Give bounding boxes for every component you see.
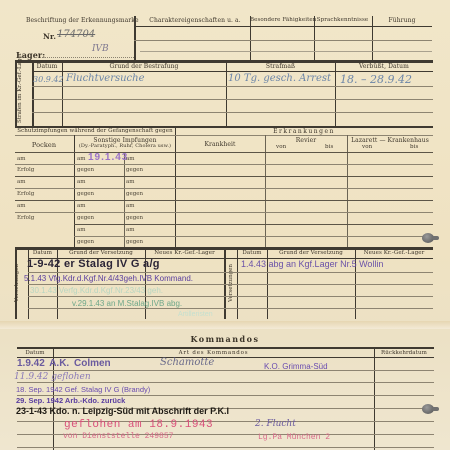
impf-r4-c0: am: [17, 203, 26, 209]
komm-col-rueckkehr: Rückkehrdatum: [374, 350, 434, 356]
col-revier: Revier: [265, 137, 347, 144]
versetzungen-side-label-right: Versetzungen: [228, 263, 234, 303]
impf-r3-c1: gegen: [77, 191, 94, 197]
rule: [32, 99, 433, 100]
vers-entry-2: 30.1.43 Verfg.Kdr.d.Kgf.Nr.23/43 geh.: [30, 286, 163, 295]
col-grund: Grund der Bestrafung: [62, 63, 226, 70]
nr-label: Nr.: [43, 32, 56, 41]
col-fuehrung: Führung: [372, 17, 432, 24]
vers-col-datum-right: Datum: [237, 250, 267, 256]
rule: [134, 26, 432, 27]
rule: [17, 347, 434, 349]
strafe-datum: 30.9.42: [33, 75, 64, 84]
komm-entry-8: 2. Flucht: [255, 419, 296, 429]
impf-r5-c2: gegen: [126, 215, 143, 221]
col-charakter: Charaktereigenschaften u. a.: [140, 17, 250, 24]
vers-entry-0: 1-9-42 er Stalag IV G a/g: [27, 258, 160, 270]
divider: [134, 16, 136, 60]
rule: [28, 272, 433, 273]
erkrankungen-title: Erkrankungen: [175, 128, 433, 135]
rule: [15, 212, 433, 213]
strafen-side-label: Strafen im Kr.-Gef.-Lager: [17, 63, 23, 123]
impf-r1-c2: gegen: [126, 167, 143, 173]
rule: [28, 284, 433, 285]
lager-value: IVB: [92, 44, 109, 54]
rule: [15, 188, 433, 189]
rule: [32, 112, 433, 113]
binder-pin-bottom-tail: [432, 407, 439, 411]
impfungen-title: Schutzimpfungen während der Gefangenscha…: [15, 128, 175, 134]
impf-r4-c2: am: [126, 203, 135, 209]
impf-r3-c2: gegen: [126, 191, 143, 197]
impf-r2-c0: am: [17, 179, 26, 185]
impf-r6-c1: am: [77, 227, 86, 233]
nr-value: 174704: [57, 29, 95, 40]
impf-r0-c2: am: [126, 156, 135, 162]
komm-entry-10: Lg.Pa München 2: [258, 433, 330, 442]
col-sonstige-sub: (Dy.-Paratyph., Ruhr, Cholera usw.): [75, 143, 175, 149]
impf-r5-c1: gegen: [77, 215, 94, 221]
col-krankheit: Krankheit: [175, 141, 265, 148]
vers-entry-3: v.29.1.43 an M.Stalag.IVB abg.: [72, 299, 182, 308]
komm-entry-7: geflohen am 18.9.1943: [64, 419, 213, 431]
col-strafmass: Strafmaß: [226, 63, 335, 70]
rule: [15, 135, 175, 136]
impf-r7-c2: gegen: [126, 239, 143, 245]
impf-r1-c0: Erfolg: [17, 167, 34, 173]
strafe-verbuesst: 18. – 28.9.42: [340, 73, 412, 86]
impf-r3-c0: Erfolg: [17, 191, 34, 197]
pow-record-card: Beschriftung der Erkennungsmarke Nr. 174…: [0, 0, 450, 450]
impf-r6-c2: am: [126, 227, 135, 233]
lager-dotted-line: [42, 57, 134, 58]
rule: [17, 447, 434, 448]
vers-col-lager-right: Neues Kr.-Gef.-Lager: [355, 250, 433, 256]
col-verbuesst: Verbüßt, Datum: [335, 63, 433, 70]
komm-entry-9: von Dienststelle 249857: [63, 432, 173, 441]
revier-von: von: [276, 144, 286, 150]
vers-col-datum-left: Datum: [28, 250, 57, 256]
impf-r1-c1: gegen: [77, 167, 94, 173]
col-faehigkeiten: Besondere Fähigkeiten: [250, 17, 314, 23]
rule: [15, 200, 433, 201]
impf-r2-c1: am: [77, 179, 86, 185]
impf-r5-c0: Erfolg: [17, 215, 34, 221]
tag-label: Beschriftung der Erkennungsmarke: [26, 17, 139, 24]
komm-col-datum: Datum: [17, 350, 53, 356]
rule: [15, 152, 433, 153]
vers-col-grund-left: Grund der Versetzung: [57, 250, 145, 256]
rule: [15, 176, 433, 177]
rule: [74, 224, 433, 225]
versetzungen-side-label-left: Versetzungen: [14, 263, 20, 303]
strafe-grund: Fluchtversuche: [66, 73, 145, 84]
komm-entry-6: 23-1-43 Kdo. n. Leipzig-Süd mit Abschrif…: [16, 406, 229, 416]
page-fold: [0, 321, 450, 329]
impf-r0-c0: am: [17, 156, 26, 162]
col-pocken: Pocken: [15, 141, 73, 149]
rule: [17, 370, 434, 371]
col-datum: Datum: [32, 63, 62, 70]
col-lazarett: Lazarett — Krankenhaus: [347, 137, 433, 144]
binder-pin-top-tail: [432, 236, 439, 240]
rule: [32, 71, 433, 72]
vers-entry-4: Artilleristen: [178, 311, 213, 318]
komm-entry-3: 11.9.42 geflohen: [14, 372, 91, 382]
komm-entry-0: 1.9.42 A.K. Colmen: [17, 358, 111, 369]
rule: [32, 86, 433, 87]
lazarett-bis: bis: [410, 144, 418, 150]
rule: [175, 135, 433, 136]
impf-r4-c1: am: [77, 203, 86, 209]
impf-r7-c1: gegen: [77, 239, 94, 245]
komm-col-art: Art des Kommandos: [53, 350, 374, 356]
impf-stamp-date: 19.1.43: [88, 152, 128, 163]
vers-col-lager-left: Neues Kr.-Gef.-Lager: [145, 250, 224, 256]
komm-entry-2: K.O. Grimma-Süd: [264, 362, 328, 371]
komm-entry-5: 29. Sep. 1942 Arb.-Kdo. zurück: [16, 396, 125, 405]
komm-entry-4: 18. Sep. 1942 Gef. Stalag IV G (Brandy): [16, 385, 150, 394]
vers-entry-1: 5.1.43 Vfg.Kdr.d.Kgf.Nr.4/43geh.IVB Komm…: [24, 274, 193, 283]
impf-r0-c1: am: [77, 156, 86, 162]
kommandos-title: Kommandos: [0, 334, 450, 344]
strafe-strafmass: 10 Tg. gesch. Arrest: [228, 73, 331, 84]
col-sprachkenntnisse: Sprachkenntnisse: [315, 17, 370, 23]
vers-col-grund-right: Grund der Versetzung: [267, 250, 355, 256]
revier-bis: bis: [325, 144, 333, 150]
rule: [134, 40, 432, 41]
impf-r2-c2: am: [126, 179, 135, 185]
komm-entry-1: Schamotte: [160, 357, 214, 368]
rule: [28, 308, 433, 309]
rule: [17, 382, 434, 383]
rule: [28, 296, 433, 297]
rule: [74, 236, 433, 237]
rule: [140, 51, 432, 52]
lazarett-von: von: [362, 144, 372, 150]
vers-entry-right-0: 1.4.43 abg an Kgf.Lager Nr.5 Wollin: [241, 259, 383, 269]
rule: [15, 164, 433, 165]
